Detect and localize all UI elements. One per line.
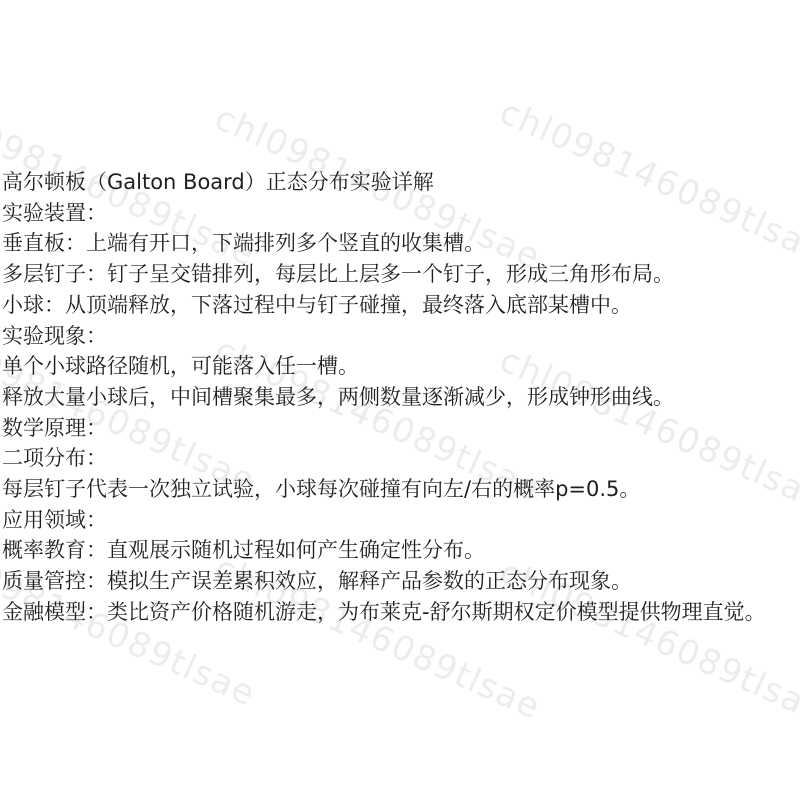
text-line: 金融模型：类比资产价格随机游走，为布莱克-舒尔斯期权定价模型提供物理直觉。: [2, 597, 798, 628]
text-line: 小球：从顶端释放，下落过程中与钉子碰撞，最终落入底部某槽中。: [2, 290, 798, 321]
text-line: 二项分布：: [2, 443, 798, 474]
text-line: 释放大量小球后，中间槽聚集最多，两侧数量逐渐减少，形成钟形曲线。: [2, 382, 798, 413]
document-text: 高尔顿板（Galton Board）正态分布实验详解 实验装置：垂直板：上端有开…: [2, 167, 798, 628]
page-title: 高尔顿板（Galton Board）正态分布实验详解: [2, 167, 798, 198]
text-line: 单个小球路径随机，可能落入任一槽。: [2, 351, 798, 382]
product-description-image: chl098146089tlsaechl098146089tlsaechl098…: [0, 0, 800, 800]
text-line: 实验装置：: [2, 198, 798, 229]
text-line: 多层钉子：钉子呈交错排列，每层比上层多一个钉子，形成三角形布局。: [2, 259, 798, 290]
text-line: 每层钉子代表一次独立试验，小球每次碰撞有向左/右的概率p=0.5。: [2, 474, 798, 505]
text-line: 实验现象：: [2, 321, 798, 352]
text-line: 质量管控：模拟生产误差累积效应，解释产品参数的正态分布现象。: [2, 566, 798, 597]
text-line: 概率教育：直观展示随机过程如何产生确定性分布。: [2, 535, 798, 566]
text-line: 垂直板：上端有开口，下端排列多个竖直的收集槽。: [2, 228, 798, 259]
text-line: 数学原理：: [2, 413, 798, 444]
text-line: 应用领域：: [2, 505, 798, 536]
